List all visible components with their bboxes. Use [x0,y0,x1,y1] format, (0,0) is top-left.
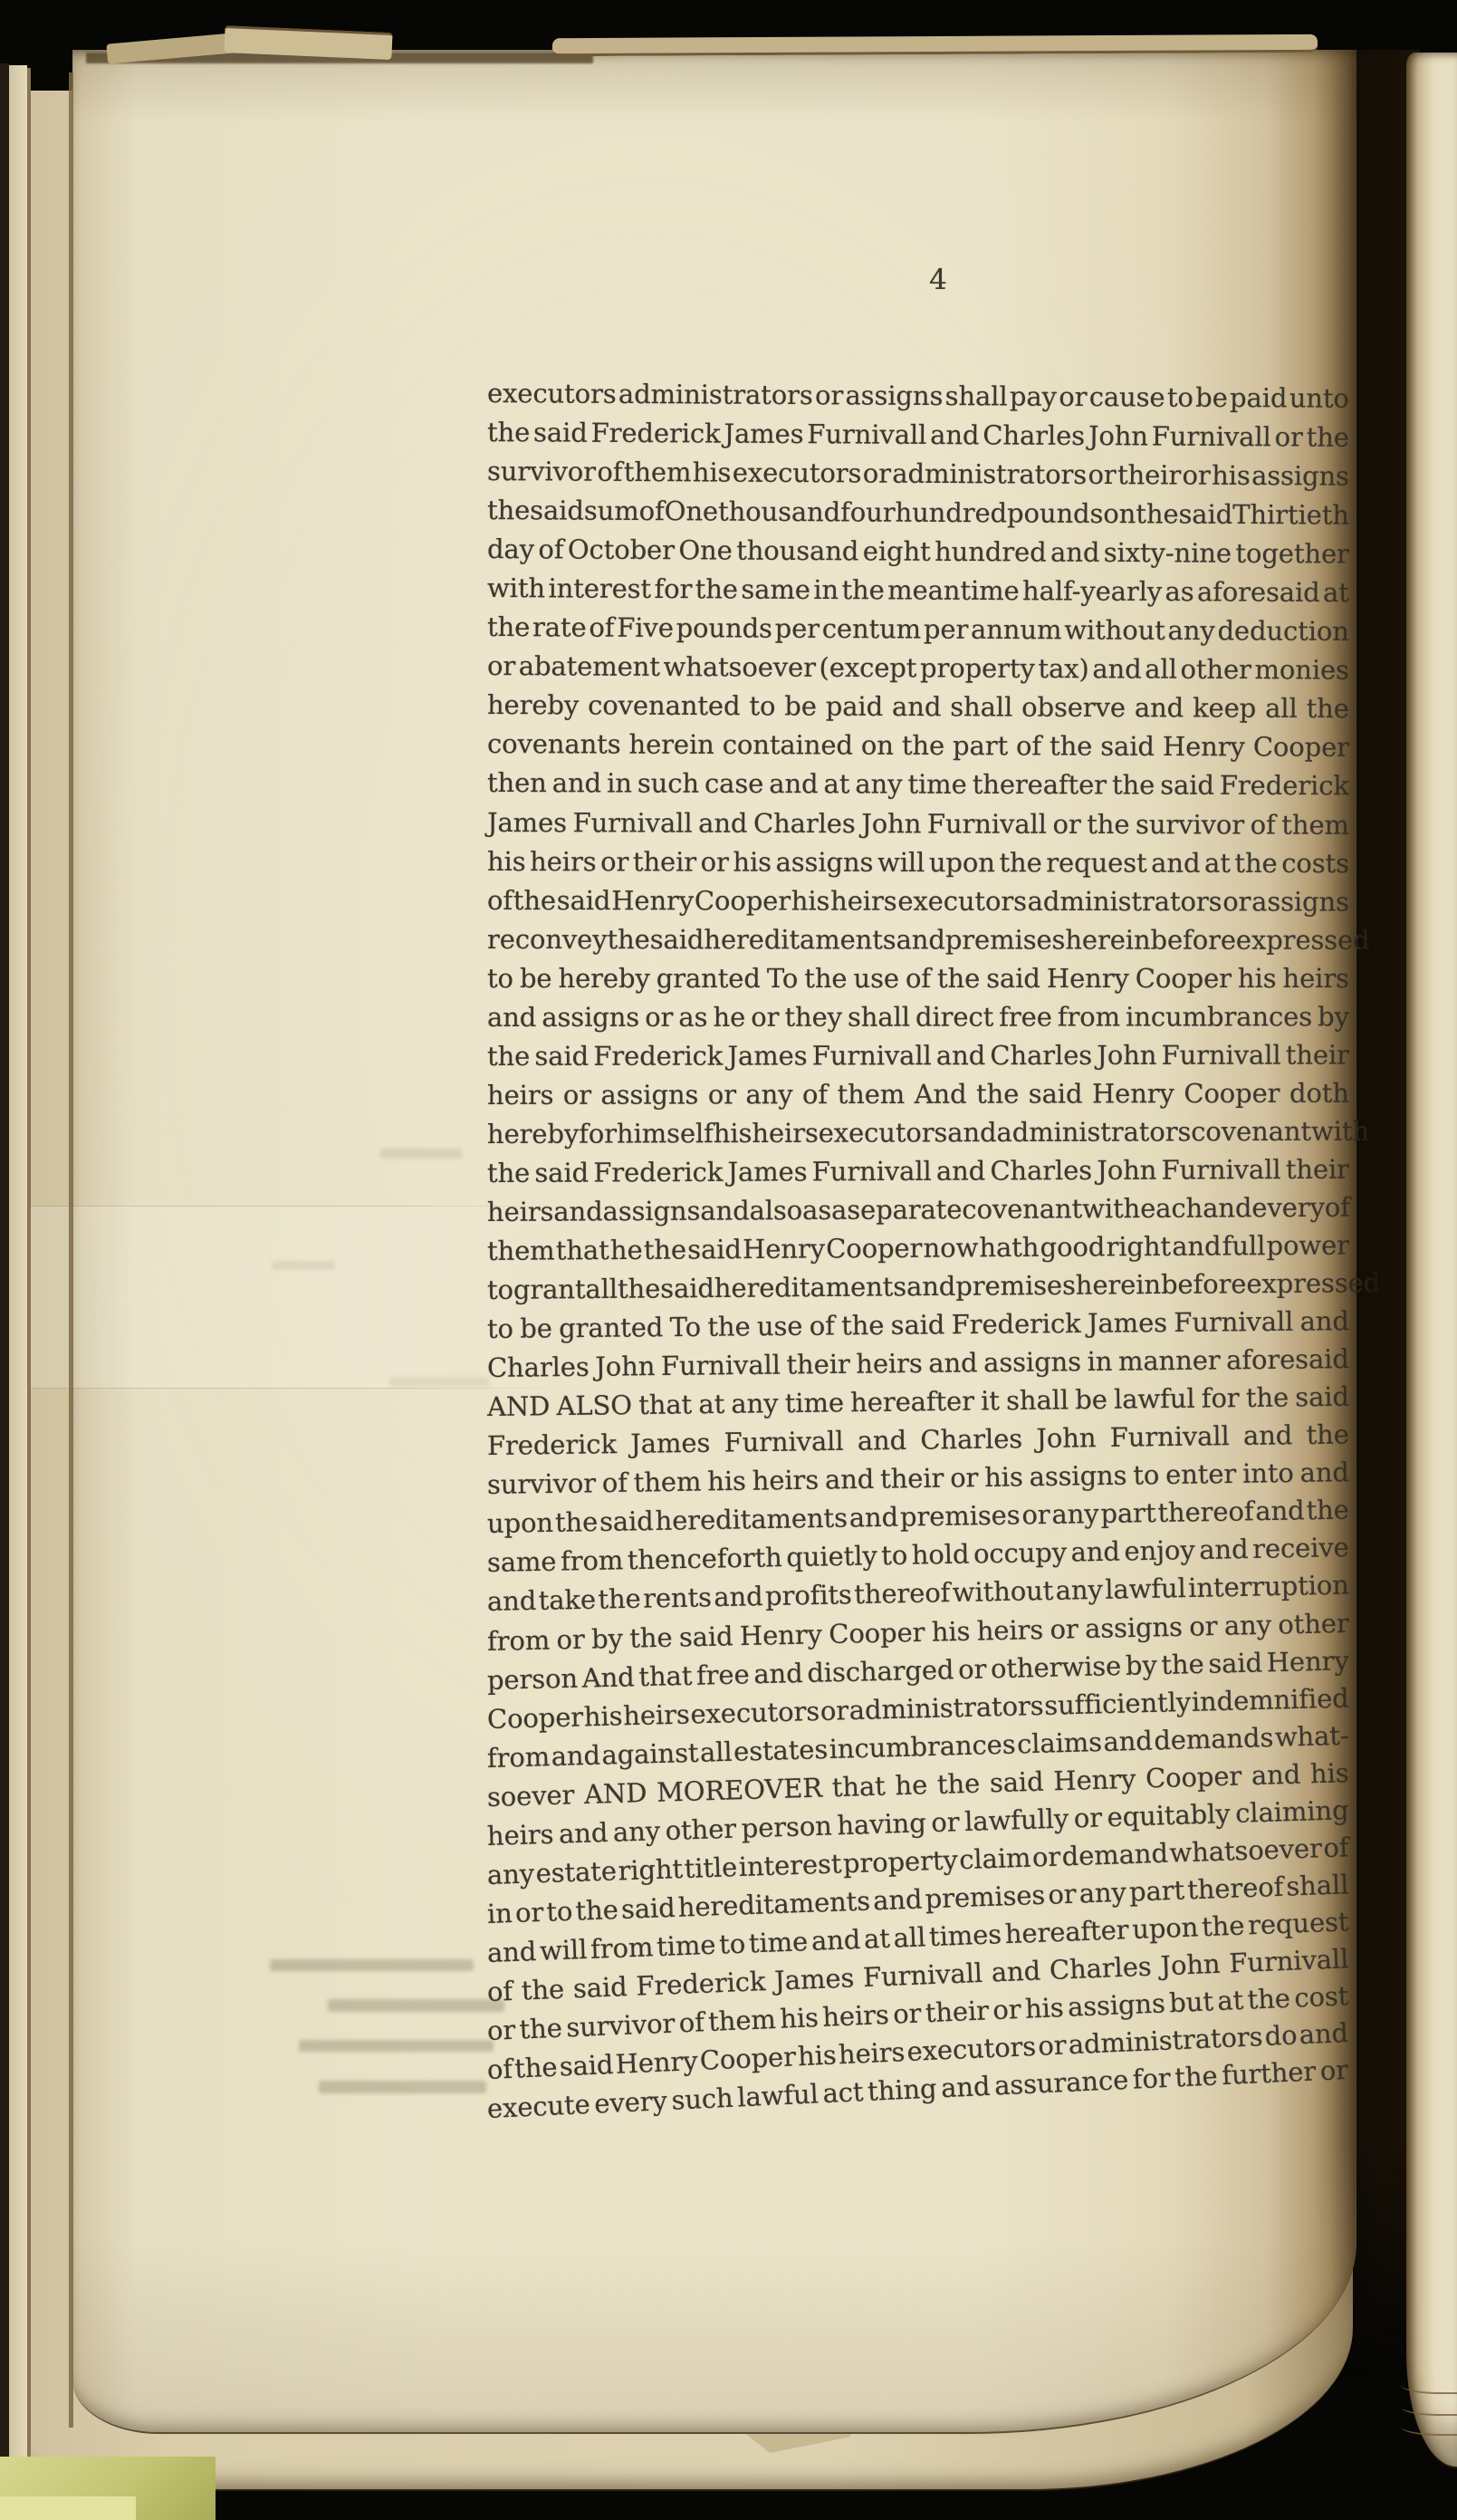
text-line: survivorofthemhisexecutorsoradministrato… [487,452,1349,496]
text-line: thenandinsuchcaseandatanytimethereaftert… [487,764,1349,805]
show-through-smudge [328,1999,504,2012]
text-line: orabatementwhatsoever(exceptpropertytax)… [487,647,1349,690]
show-through-smudge [389,1377,489,1387]
deed-body-text: executorsadministratorsorassignsshallpay… [487,374,1349,2129]
text-line: JamesFurnivallandCharlesJohnFurnivallort… [487,803,1349,845]
text-line: herebyforhimselfhisheirsexecutorsandadmi… [487,1112,1349,1154]
text-line: hisheirsortheirorhisassignswilluponthere… [487,842,1349,883]
left-page-edge-stack [0,63,9,2480]
text-line: reconveythesaidhereditamentsandpremisesh… [487,920,1349,960]
show-through-smudge [270,1959,474,1971]
show-through-smudge [380,1149,462,1159]
text-line: tobeherebygrantedTotheuseofthesaidHenryC… [487,959,1349,998]
text-line: therateofFivepoundspercentumperannumwith… [487,608,1349,651]
left-page-edge-stack [69,72,73,2428]
text-line: thesaidsumofOnethousandfourhundredpounds… [487,491,1349,535]
book-photograph: 4 executorsadministratorsorassignsshallp… [0,0,1457,2520]
left-page-edge-stack [31,71,69,2486]
text-line: withinterestforthesameinthemeantimehalf-… [487,569,1349,612]
page-edge-ridge [1401,2407,1457,2416]
book-gutter-shadow [1315,50,1420,2378]
text-line: heirsandassignsandalsoasaseparatecovenan… [487,1188,1349,1232]
page-edge-ridge [1401,2385,1457,2394]
text-line: covenantshereincontainedonthepartofthesa… [487,725,1349,767]
adjacent-page-edge [1406,53,1457,2468]
text-line: heirsorassignsoranyofthemAndthesaidHenry… [487,1074,1349,1115]
text-line: thesaidFrederickJamesFurnivallandCharles… [487,1150,1349,1193]
page-edge-ridge [1401,2427,1457,2436]
show-through-smudge [272,1261,335,1270]
text-line: thesaidFrederickJamesFurnivallandCharles… [487,1035,1349,1076]
show-through-smudge [299,2040,494,2052]
left-page-edge-stack [9,65,27,2484]
text-line: dayofOctoberOnethousandeighthundredandsi… [487,530,1349,574]
text-line: ofthesaidHenryCooperhisheirsexecutorsadm… [487,881,1349,922]
show-through-smudge [319,2081,486,2093]
page-number: 4 [893,264,983,296]
text-line: thesaidFrederickJamesFurnivallandCharles… [487,413,1349,457]
text-line: herebycovenantedtobepaidandshallobservea… [487,686,1349,728]
text-line: executorsadministratorsorassignsshallpay… [487,374,1349,418]
text-line: andassignsorasheortheyshalldirectfreefro… [487,997,1349,1037]
desk-surface-highlight [0,2496,136,2520]
